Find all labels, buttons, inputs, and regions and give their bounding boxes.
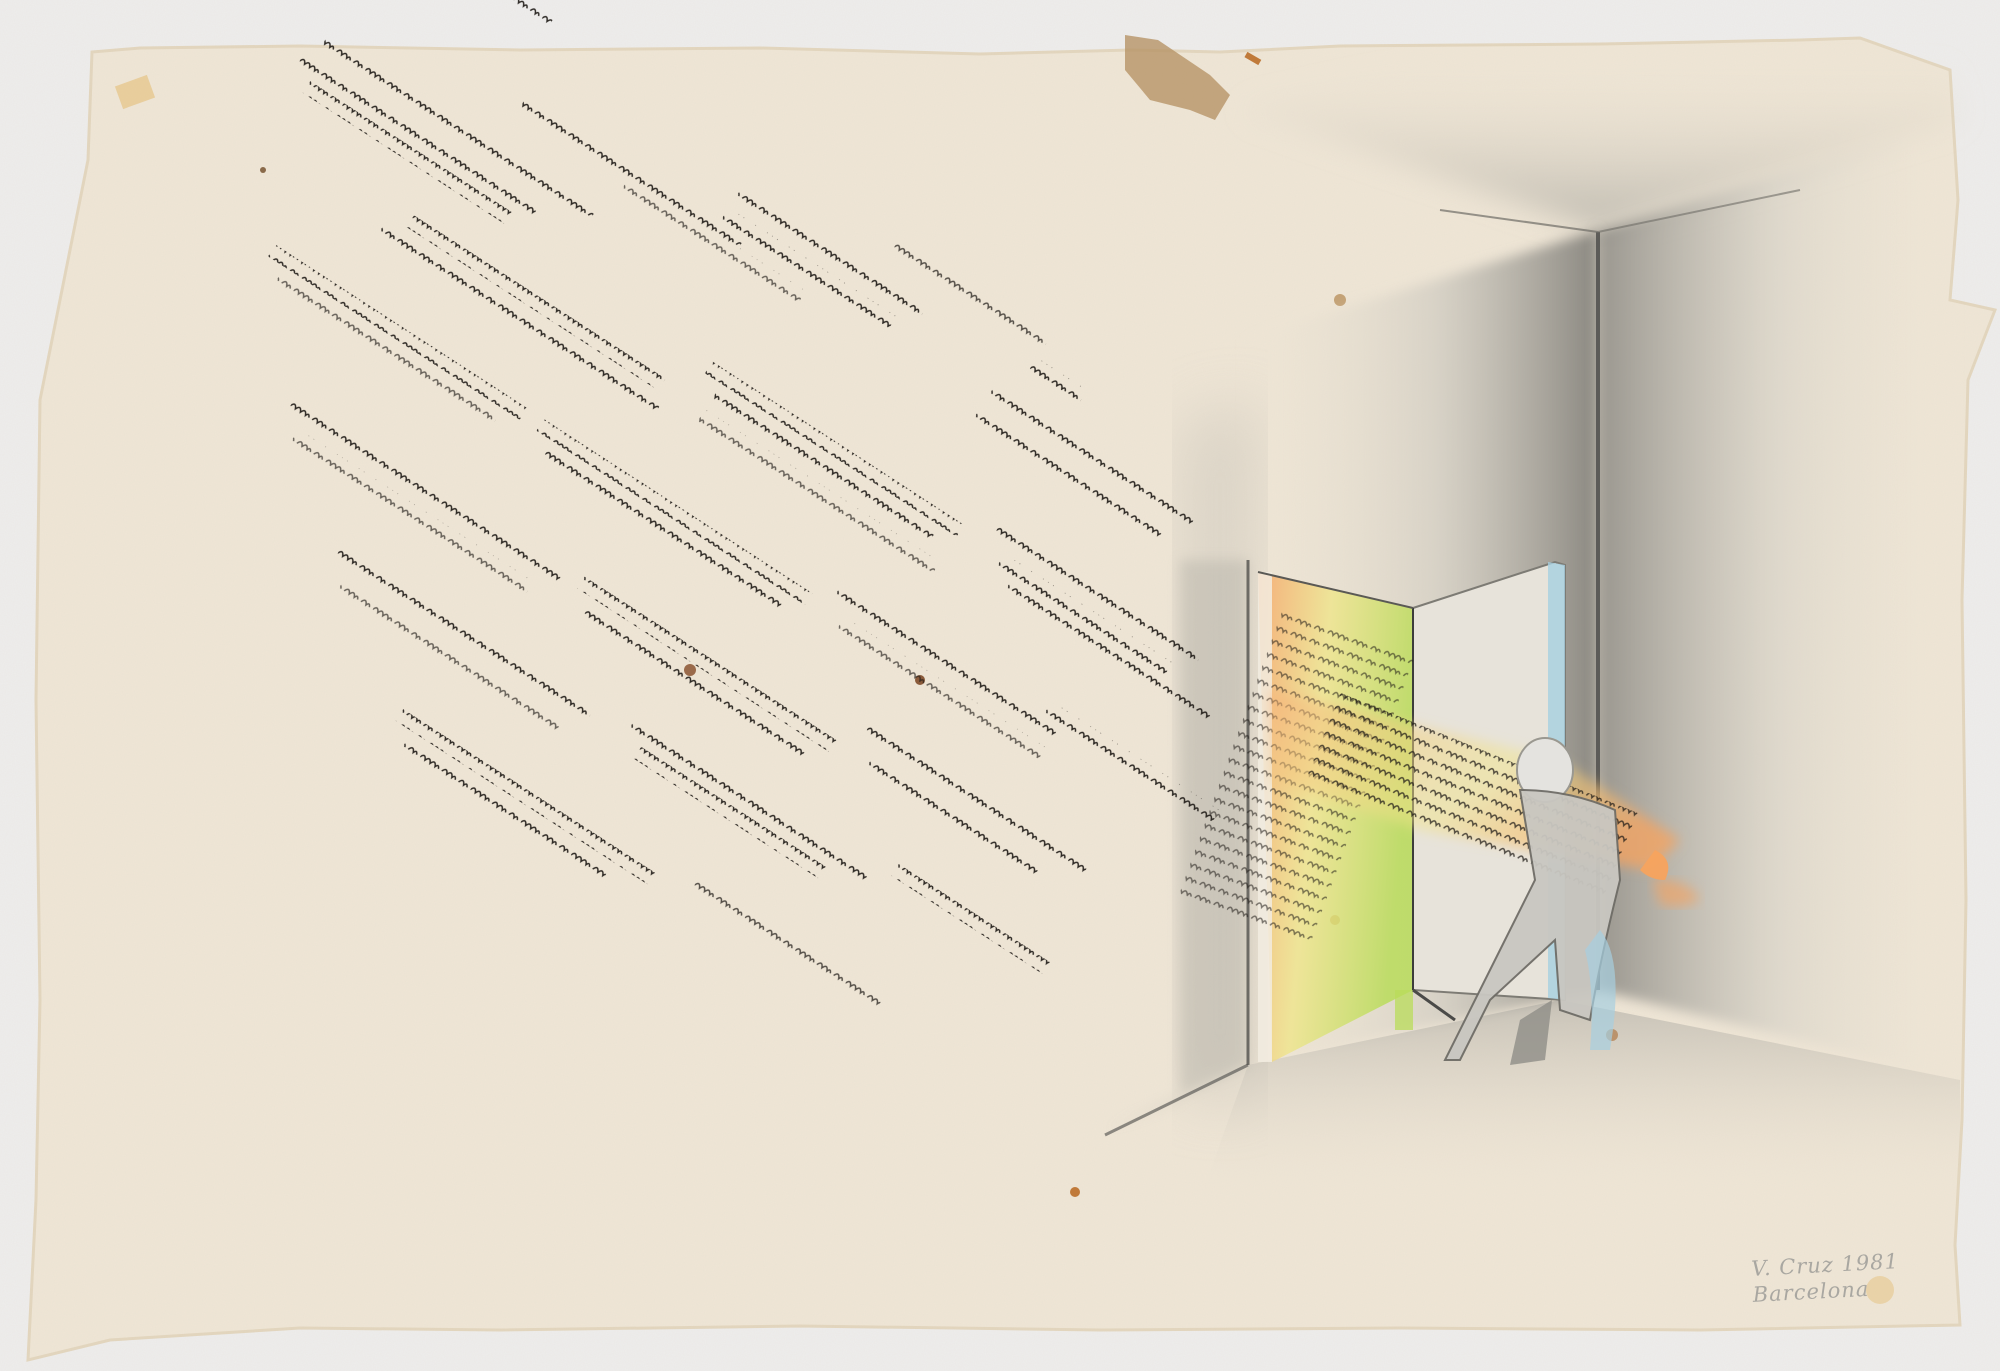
artwork-scene: V. Cruz 1981 Barcelona Pencil and colore… xyxy=(0,0,2000,1371)
artist-signature: V. Cruz 1981 Barcelona xyxy=(1751,1248,1901,1308)
drawing-svg xyxy=(0,0,2000,1371)
